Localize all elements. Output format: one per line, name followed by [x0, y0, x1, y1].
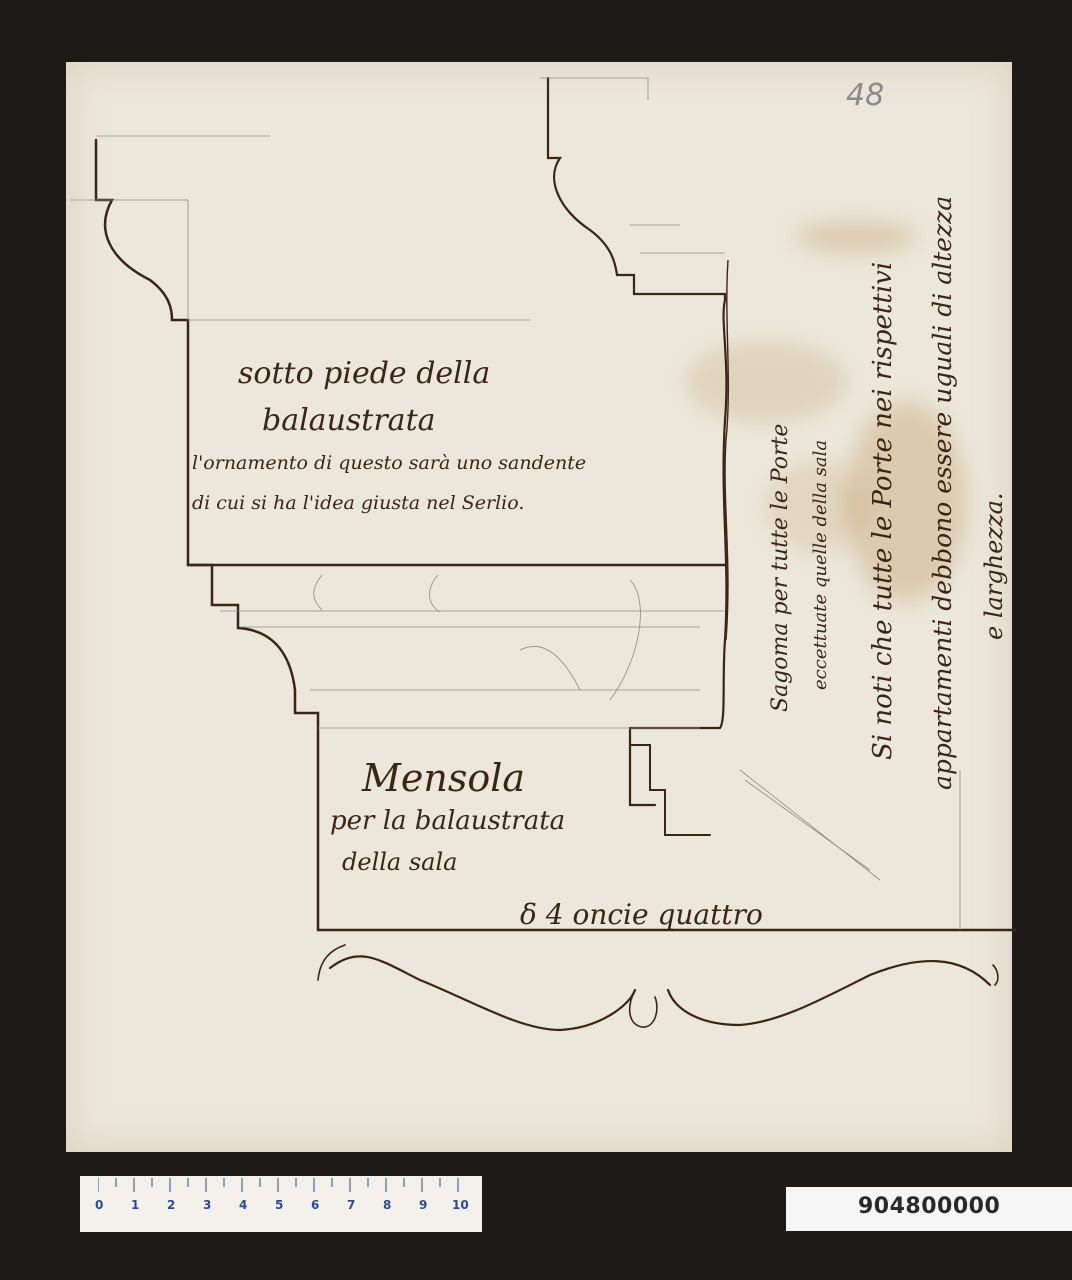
- vertical-note-3: Si noti che tutte le Porte nei rispettiv…: [868, 262, 898, 760]
- ruler-label: 1: [131, 1198, 139, 1212]
- mensola-line-2: per la balaustrata: [330, 806, 565, 836]
- ruler-label: 3: [203, 1198, 211, 1212]
- mensola-line-3: della sala: [342, 848, 457, 876]
- vertical-note-1: Sagoma per tutte le Porte: [768, 424, 793, 712]
- ruler-label: 6: [311, 1198, 319, 1212]
- vertical-note-4: appartamenti debbono essere uguali di al…: [928, 196, 957, 790]
- scale-ruler: 0 1 2 3 4 5 6 7 8 9 10: [80, 1176, 482, 1232]
- ruler-label: 7: [347, 1198, 355, 1212]
- ruler-label: 8: [383, 1198, 391, 1212]
- title-line-1: sotto piede della: [238, 356, 490, 391]
- title-line-2: balaustrata: [262, 403, 436, 438]
- mensola-title: Mensola: [362, 756, 525, 800]
- architectural-profile-drawing: [0, 0, 1072, 1280]
- catalog-label: 904800000: [786, 1187, 1072, 1231]
- ruler-label: 9: [419, 1198, 427, 1212]
- page-number: 48: [846, 78, 884, 113]
- note-line-1: l'ornamento di questo sarà uno sandente: [192, 452, 586, 474]
- ruler-label: 0: [95, 1198, 103, 1212]
- ruler-ticks: [98, 1178, 472, 1198]
- note-line-2: di cui si ha l'idea giusta nel Serlio.: [192, 492, 524, 514]
- ruler-label: 10: [452, 1198, 469, 1212]
- catalog-number: 904800000: [858, 1194, 1000, 1219]
- vertical-note-2: eccettuate quelle della sala: [810, 440, 831, 690]
- ruler-label: 2: [167, 1198, 175, 1212]
- ruler-label: 4: [239, 1198, 247, 1212]
- measurement-note: δ 4 oncie quattro: [520, 898, 763, 931]
- ruler-label: 5: [275, 1198, 283, 1212]
- vertical-note-5: e larghezza.: [980, 492, 1008, 640]
